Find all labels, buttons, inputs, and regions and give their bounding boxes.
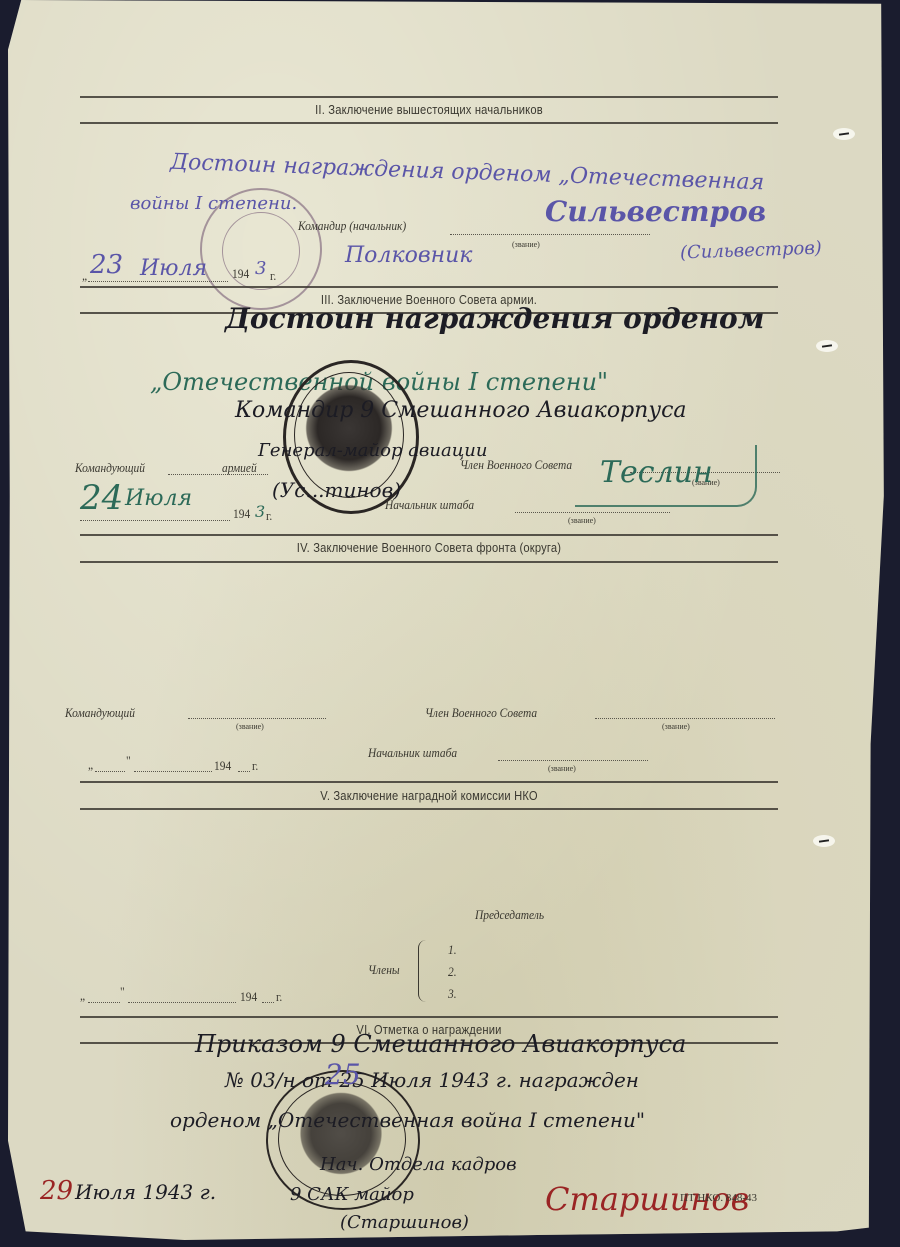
section-vi-handwritten-line2: № 03/н от 25 Июля 1943 г. награжден: [225, 1068, 639, 1092]
rule: [80, 808, 778, 810]
commander-line: [188, 718, 326, 719]
army-text: армией: [222, 460, 257, 476]
rule: [80, 286, 778, 288]
section-iv-heading: IV. Заключение Военного Совета фронта (о…: [129, 540, 729, 555]
section-iii-handwritten-line3: Командир 9 Смешанного Авиакорпуса: [235, 398, 687, 423]
rank-hint: (звание): [512, 240, 540, 249]
year-abbrev: г.: [270, 268, 276, 284]
year-abbrev: г.: [252, 758, 258, 774]
section-v-heading: V. Заключение наградной комиссии НКО: [129, 788, 729, 803]
handwritten-rank: Полковник: [345, 243, 472, 268]
council-member-signature-green: Теслин: [600, 455, 713, 490]
date-year-line: [262, 1002, 274, 1003]
rule: [80, 534, 778, 536]
rank-hint: (звание): [568, 516, 596, 525]
section-vi-handwritten-line1: Приказом 9 Смешанного Авиакорпуса: [195, 1030, 686, 1058]
year-abbrev: г.: [276, 989, 282, 1005]
date-day-line: [95, 771, 125, 772]
member-2: 2.: [448, 964, 457, 980]
section-vi-handwritten-line5: 9 САК майор: [290, 1184, 414, 1205]
date-year-prefix: 194: [232, 266, 249, 282]
section-vi-handwritten-line3: орденом „Отечественная война I степени": [170, 1108, 645, 1132]
members-label: Члены: [368, 962, 400, 978]
date-line: [88, 281, 228, 282]
section-vi-handwritten-line4: Нач. Отдела кадров: [320, 1154, 517, 1175]
date-line: [80, 520, 230, 521]
commander-signature: Сильвестров: [545, 195, 766, 228]
rank-hint: (звание): [662, 722, 690, 731]
date-day: 23: [90, 250, 123, 280]
date-month-line: [128, 1002, 236, 1003]
print-code: ПТ НКО. 848-43: [680, 1192, 757, 1204]
punch-hole: [816, 340, 838, 352]
chairman-label: Председатель: [475, 907, 544, 923]
members-brace: [418, 940, 429, 1002]
date-month: Июля: [140, 256, 207, 281]
section-vi-handwritten-line6: (Старшинов): [340, 1212, 469, 1233]
date-year-suffix: 3: [255, 258, 266, 279]
chief-of-staff-line: [515, 512, 670, 513]
chief-of-staff-label: Начальник штаба: [368, 745, 457, 761]
member-3: 3.: [448, 986, 457, 1002]
date-day: 29: [40, 1176, 73, 1206]
rule: [80, 561, 778, 563]
section-iii-handwritten-line4: Генерал-майор авиации: [258, 440, 487, 461]
council-member-label: Член Военного Совета: [460, 457, 572, 473]
council-member-signature: (Ус...тинов): [272, 478, 401, 502]
date-year-line: [238, 771, 250, 772]
punch-hole: [813, 835, 835, 847]
date-day: 24: [80, 478, 123, 518]
date-year-prefix: 194: [240, 989, 257, 1005]
commander-signature-line: [450, 234, 650, 235]
date-month: Июля: [125, 486, 192, 511]
date-text: Июля 1943 г.: [75, 1180, 216, 1204]
council-member-label: Член Военного Совета: [425, 705, 537, 721]
commander-label: Командующий: [65, 705, 135, 721]
rule: [80, 96, 778, 98]
rank-hint: (звание): [548, 764, 576, 773]
rule: [80, 122, 778, 124]
member-1: 1.: [448, 942, 457, 958]
rule: [80, 781, 778, 783]
date-year-suffix: 3: [255, 502, 265, 521]
date-quote-open: „: [88, 757, 93, 773]
date-year-prefix: 194: [214, 758, 231, 774]
chief-of-staff-line: [498, 760, 648, 761]
handwritten-conclusion-line2: войны I степени.: [130, 193, 297, 214]
date-quote-close: ": [120, 984, 125, 1000]
section-ii-heading: II. Заключение вышестоящих начальников: [129, 102, 729, 117]
council-member-line: [595, 718, 775, 719]
year-abbrev: г.: [266, 508, 272, 524]
rank-hint: (звание): [236, 722, 264, 731]
commander-label: Командующий: [75, 460, 145, 476]
punch-hole: [833, 128, 855, 140]
commander-label: Командир (начальник): [298, 218, 406, 234]
date-quote-open: „: [80, 988, 85, 1004]
date-day-line: [88, 1002, 120, 1003]
chief-of-staff-label: Начальник штаба: [385, 497, 474, 513]
date-month-line: [134, 771, 212, 772]
rule: [80, 1016, 778, 1018]
date-year-prefix: 194: [233, 506, 250, 522]
section-iii-handwritten-line1: Достоин награждения орденом: [225, 302, 764, 335]
date-quote-close: ": [126, 753, 131, 769]
order-day-overwrite: 25: [325, 1058, 361, 1091]
